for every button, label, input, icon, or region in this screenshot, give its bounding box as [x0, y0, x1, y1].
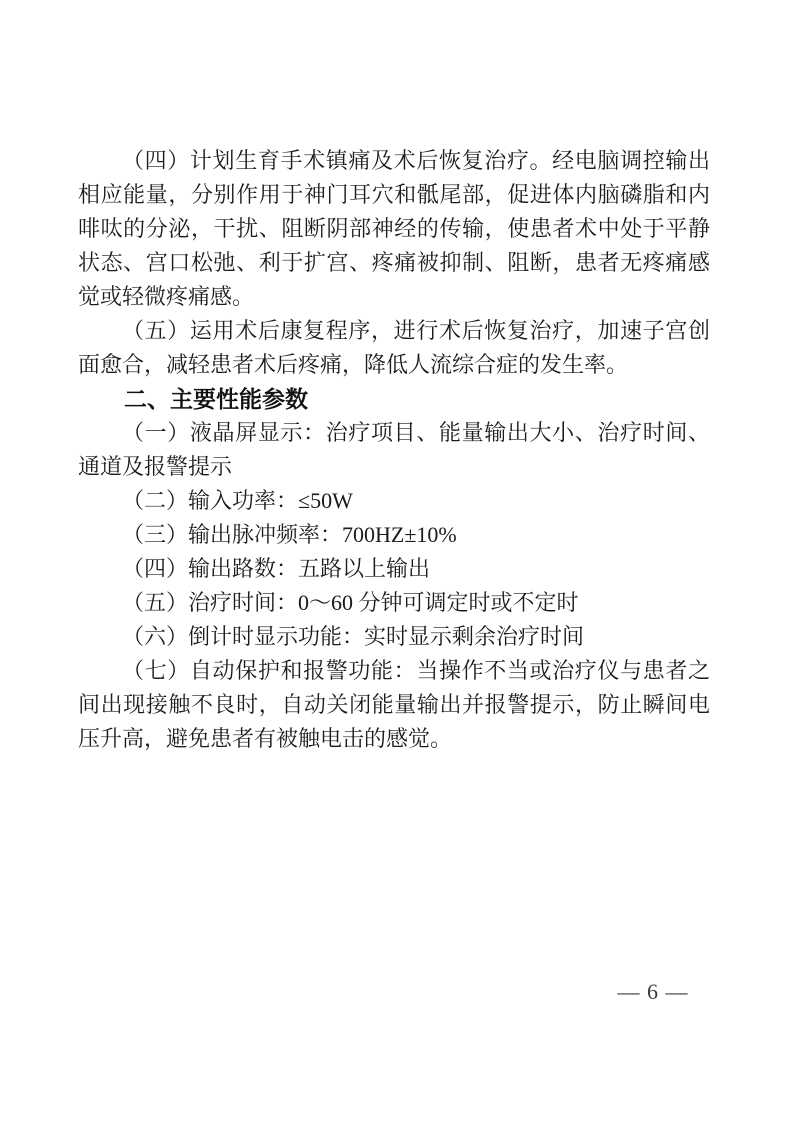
- param-item-2: （二）输入功率：≤50W: [78, 484, 710, 518]
- section-heading-performance-parameters: 二、主要性能参数: [78, 382, 710, 416]
- page-number: — 6 —: [608, 979, 698, 1005]
- document-body: （四）计划生育手术镇痛及术后恢复治疗。经电脑调控输出相应能量，分别作用于神门耳穴…: [78, 144, 710, 756]
- param-item-1: （一）液晶屏显示：治疗项目、能量输出大小、治疗时间、通道及报警提示: [78, 416, 710, 484]
- paragraph-item-5: （五）运用术后康复程序，进行术后恢复治疗，加速子宫创面愈合，减轻患者术后疼痛，降…: [78, 314, 710, 382]
- param-item-5: （五）治疗时间：0～60 分钟可调定时或不定时: [78, 586, 710, 620]
- document-page: （四）计划生育手术镇痛及术后恢复治疗。经电脑调控输出相应能量，分别作用于神门耳穴…: [0, 0, 794, 1123]
- param-item-6: （六）倒计时显示功能：实时显示剩余治疗时间: [78, 620, 710, 654]
- param-item-3: （三）输出脉冲频率：700HZ±10%: [78, 518, 710, 552]
- param-item-4: （四）输出路数：五路以上输出: [78, 552, 710, 586]
- param-item-7: （七）自动保护和报警功能：当操作不当或治疗仪与患者之间出现接触不良时，自动关闭能…: [78, 654, 710, 756]
- paragraph-item-4: （四）计划生育手术镇痛及术后恢复治疗。经电脑调控输出相应能量，分别作用于神门耳穴…: [78, 144, 710, 314]
